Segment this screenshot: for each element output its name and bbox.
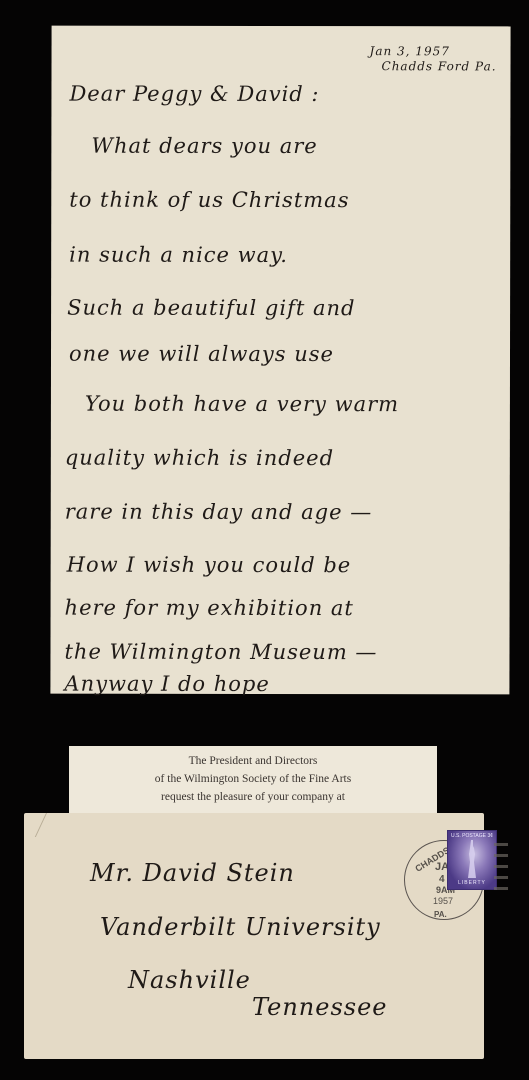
letter-line: Anyway I do hope bbox=[64, 672, 269, 696]
envelope-flap-edge bbox=[13, 813, 47, 837]
envelope: CHADDS FORD JAN 4 9AM 1957 PA. U.S. POST… bbox=[24, 813, 484, 1059]
postmark-day: 4 bbox=[439, 874, 445, 885]
letter-line: in such a nice way. bbox=[69, 243, 288, 267]
stamp-country: U.S. POSTAGE bbox=[451, 833, 486, 839]
letter-line: Such a beautiful gift and bbox=[67, 296, 355, 321]
address-line: Nashville bbox=[128, 966, 251, 994]
invitation-line: of the Wilmington Society of the Fine Ar… bbox=[69, 773, 437, 785]
invitation-line: The President and Directors bbox=[69, 755, 437, 767]
letter-line: How I wish you could be bbox=[67, 553, 352, 577]
postmark-year: 1957 bbox=[433, 896, 453, 906]
address-line: Mr. David Stein bbox=[90, 859, 295, 887]
letter-line: What dears you are bbox=[91, 134, 317, 158]
stamp-value: 3¢ bbox=[487, 833, 493, 839]
letter-line: here for my exhibition at bbox=[65, 596, 354, 621]
invitation-line: request the pleasure of your company at bbox=[69, 791, 437, 803]
letter-line: to think of us Christmas bbox=[69, 188, 349, 212]
letter-line: You both have a very warm bbox=[85, 392, 399, 417]
postmark-state: PA. bbox=[434, 910, 447, 919]
letter-line: one we will always use bbox=[69, 342, 334, 366]
address-line: Tennessee bbox=[252, 993, 388, 1021]
cancellation-bars bbox=[494, 843, 508, 898]
letter-date: Jan 3, 1957 bbox=[370, 44, 450, 58]
statue-of-liberty-icon bbox=[466, 840, 478, 878]
letter-line: the Wilmington Museum — bbox=[64, 640, 377, 665]
handwritten-letter: Jan 3, 1957 Chadds Ford Pa. Dear Peggy &… bbox=[50, 26, 510, 695]
letter-salutation: Dear Peggy & David : bbox=[69, 82, 319, 106]
letter-place: Chadds Ford Pa. bbox=[382, 59, 497, 73]
address-line: Vanderbilt University bbox=[100, 913, 381, 941]
letter-line: quality which is indeed bbox=[65, 446, 334, 470]
liberty-stamp: U.S. POSTAGE 3¢ LIBERTY bbox=[447, 830, 497, 890]
stamp-caption: LIBERTY bbox=[448, 880, 496, 886]
letter-line: rare in this day and age — bbox=[65, 500, 373, 525]
